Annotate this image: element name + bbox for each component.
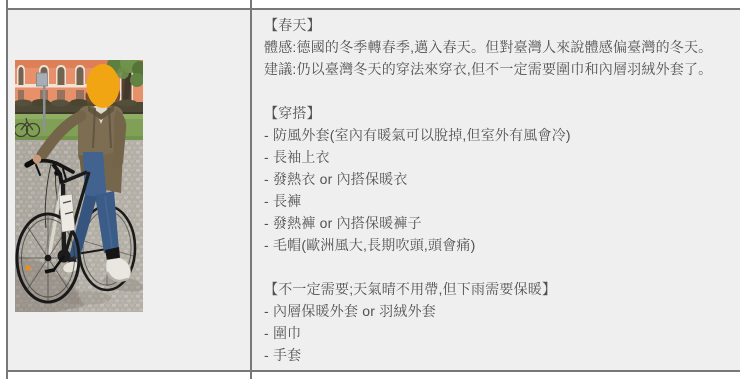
bullet-line: - 長袖上衣 <box>264 146 736 168</box>
wheel-reflector <box>25 265 30 270</box>
section-heading: 【穿搭】 <box>264 102 736 124</box>
text-lines: 【春天】體感:德國的冬季轉春季,邁入春天。但對臺灣人來說體感偏臺灣的冬天。建議:… <box>264 14 736 366</box>
bullet-line: - 發熱褲 or 內搭保暖褲子 <box>264 212 736 234</box>
text-line: 建議:仍以臺灣冬天的穿法來穿衣,但不一定需要圍巾和內層羽絨外套了。 <box>264 58 736 80</box>
hand <box>33 155 42 164</box>
section-heading: 【春天】 <box>264 14 736 36</box>
section-heading: 【不一定需要;天氣晴不用帶,但下雨需要保暖】 <box>264 278 736 300</box>
photo-cell <box>8 10 250 370</box>
bullet-line: - 內層保暖外套 or 羽絨外套 <box>264 300 736 322</box>
bullet-line: - 防風外套(室內有暖氣可以脫掉,但室外有風會冷) <box>264 124 736 146</box>
face-privacy-circle <box>87 64 120 108</box>
table-border-top <box>6 8 740 10</box>
person-with-bicycle-photo <box>15 60 143 312</box>
table-border-left <box>6 0 8 379</box>
blank-line <box>264 256 736 278</box>
page: 【春天】體感:德國的冬季轉春季,邁入春天。但對臺灣人來說體感偏臺灣的冬天。建議:… <box>0 0 740 379</box>
text-line: 體感:德國的冬季轉春季,邁入春天。但對臺灣人來說體感偏臺灣的冬天。 <box>264 36 736 58</box>
photo-illustration <box>15 60 143 312</box>
table-border-middle <box>250 0 252 379</box>
bullet-line: - 發熱衣 or 內搭保暖衣 <box>264 168 736 190</box>
bullet-line: - 圍巾 <box>264 322 736 344</box>
table-border-bottom <box>6 370 740 372</box>
bullet-line: - 手套 <box>264 344 736 366</box>
bullet-line: - 長褲 <box>264 190 736 212</box>
text-cell: 【春天】體感:德國的冬季轉春季,邁入春天。但對臺灣人來說體感偏臺灣的冬天。建議:… <box>252 10 740 370</box>
bullet-line: - 毛帽(歐洲風大,長期吹頭,頭會痛) <box>264 234 736 256</box>
blank-line <box>264 80 736 102</box>
